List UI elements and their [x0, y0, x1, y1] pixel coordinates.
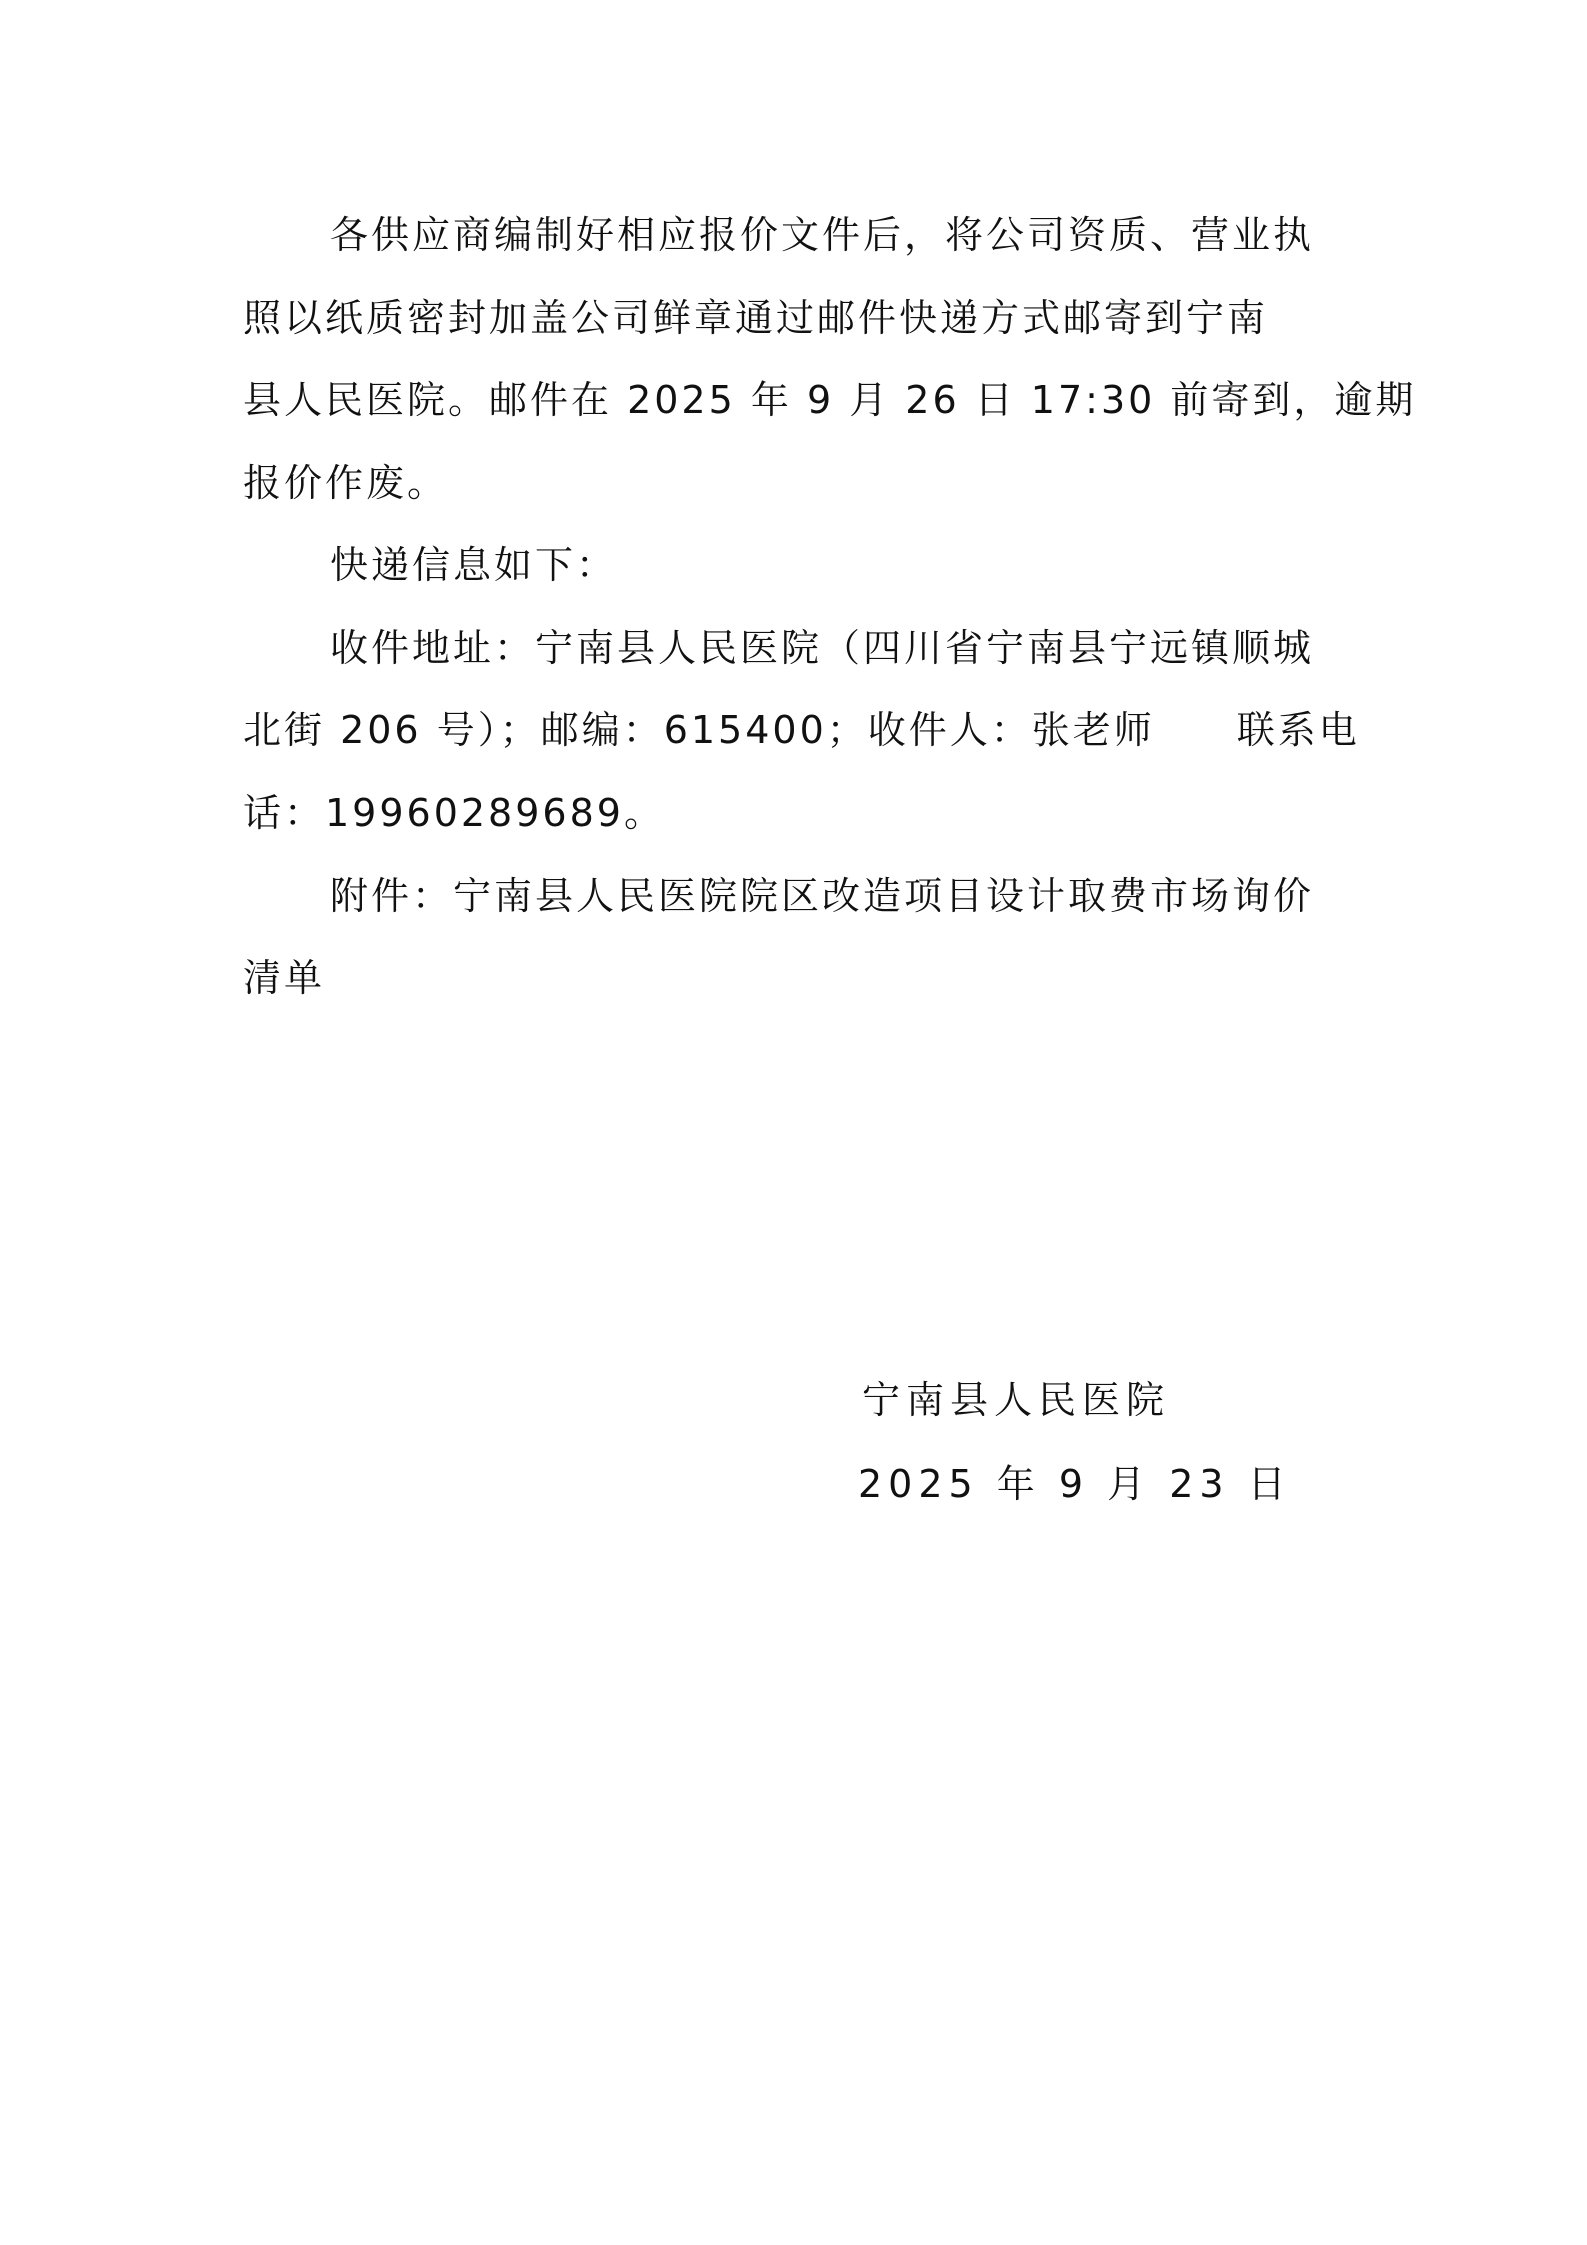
document-page: 各供应商编制好相应报价文件后，将公司资质、营业执 照以纸质密封加盖公司鲜章通过邮…	[0, 0, 1587, 2245]
signature-date: 2025 年 9 月 23 日	[858, 1454, 1292, 1514]
recipient-address-line-2: 北街 206 号）；邮编：615400；收件人：张老师 联系电	[243, 700, 1353, 760]
paragraph-submission-line-3: 县人民医院。邮件在 2025 年 9 月 26 日 17:30 前寄到，逾期	[243, 370, 1353, 430]
paragraph-submission-line-4: 报价作废。	[243, 453, 1353, 513]
paragraph-submission-line-1: 各供应商编制好相应报价文件后，将公司资质、营业执	[330, 205, 1353, 265]
attachment-line-1: 附件：宁南县人民医院院区改造项目设计取费市场询价	[330, 866, 1353, 926]
recipient-address-line-1: 收件地址：宁南县人民医院（四川省宁南县宁远镇顺城	[330, 618, 1353, 678]
express-info-heading: 快递信息如下：	[330, 535, 1353, 595]
paragraph-submission-line-2: 照以纸质密封加盖公司鲜章通过邮件快递方式邮寄到宁南	[243, 288, 1353, 348]
attachment-line-2: 清单	[243, 948, 1353, 1008]
recipient-address-line-3: 话：19960289689。	[243, 783, 1353, 843]
signature-organization: 宁南县人民医院	[862, 1370, 1170, 1430]
